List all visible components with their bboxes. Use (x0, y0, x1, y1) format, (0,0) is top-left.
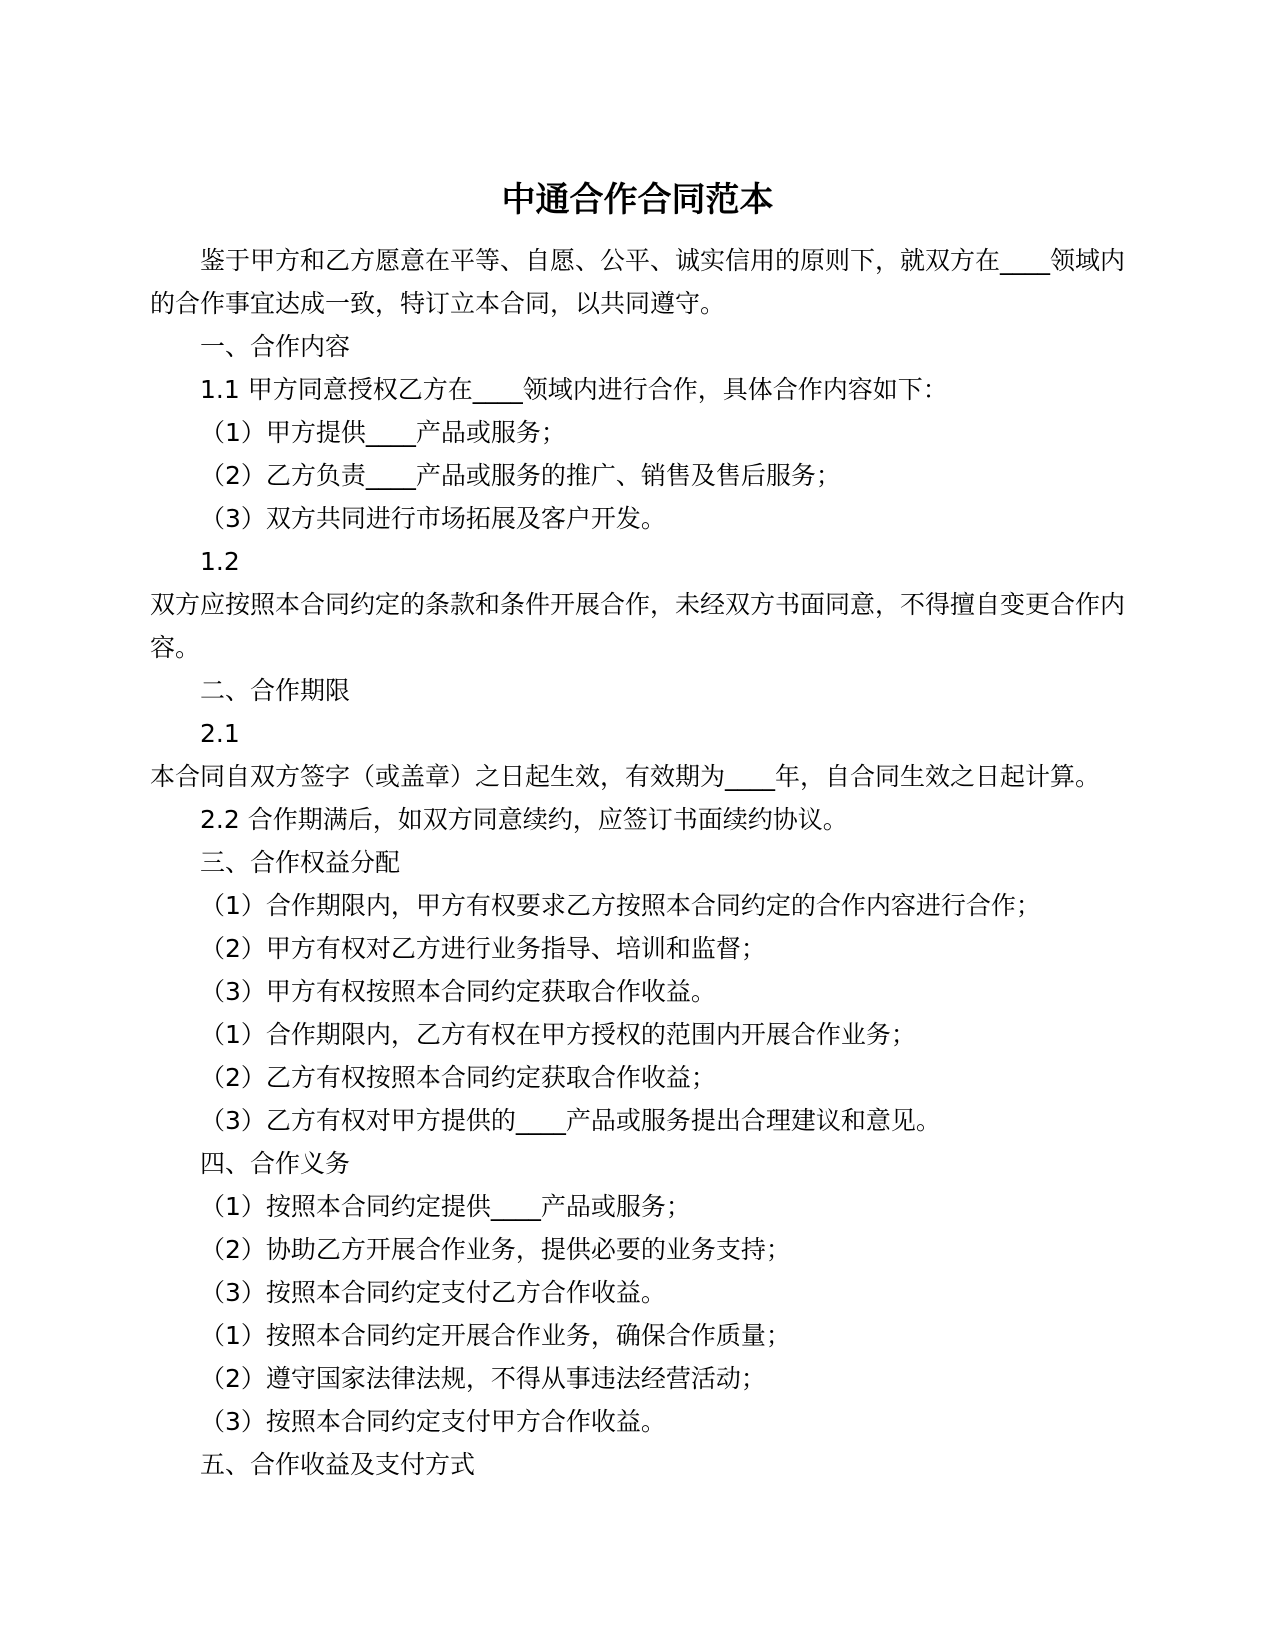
document-line: 五、合作收益及支付方式 (150, 1443, 1125, 1486)
document-line: （3）双方共同进行市场拓展及客户开发。 (150, 497, 1125, 540)
document-line: （3）按照本合同约定支付甲方合作收益。 (150, 1400, 1125, 1443)
document-line: 1.1 甲方同意授权乙方在____领域内进行合作，具体合作内容如下： (150, 368, 1125, 411)
document-line: （2）乙方有权按照本合同约定获取合作收益； (150, 1056, 1125, 1099)
document-line: （3）乙方有权对甲方提供的____产品或服务提出合理建议和意见。 (150, 1099, 1125, 1142)
document-line: （1）合作期限内，乙方有权在甲方授权的范围内开展合作业务； (150, 1013, 1125, 1056)
document-line: 2.1 (150, 712, 1125, 755)
document-line: （1）合作期限内，甲方有权要求乙方按照本合同约定的合作内容进行合作； (150, 884, 1125, 927)
document-title: 中通合作合同范本 (150, 175, 1125, 225)
document-line: 1.2 (150, 540, 1125, 583)
document-line: （2）遵守国家法律法规，不得从事违法经营活动； (150, 1357, 1125, 1400)
document-line: （1）甲方提供____产品或服务； (150, 411, 1125, 454)
document-page: 中通合作合同范本 鉴于甲方和乙方愿意在平等、自愿、公平、诚实信用的原则下，就双方… (0, 0, 1275, 1650)
document-line: （3）甲方有权按照本合同约定获取合作收益。 (150, 970, 1125, 1013)
document-body: 鉴于甲方和乙方愿意在平等、自愿、公平、诚实信用的原则下，就双方在____领域内的… (150, 239, 1125, 1486)
document-line: 一、合作内容 (150, 325, 1125, 368)
document-line: 四、合作义务 (150, 1142, 1125, 1185)
document-line: 双方应按照本合同约定的条款和条件开展合作，未经双方书面同意，不得擅自变更合作内 (150, 583, 1125, 626)
document-line: 本合同自双方签字（或盖章）之日起生效，有效期为____年，自合同生效之日起计算。 (150, 755, 1125, 798)
document-line: 2.2 合作期满后，如双方同意续约，应签订书面续约协议。 (150, 798, 1125, 841)
document-line: 鉴于甲方和乙方愿意在平等、自愿、公平、诚实信用的原则下，就双方在____领域内 (150, 239, 1125, 282)
document-line: 的合作事宜达成一致，特订立本合同，以共同遵守。 (150, 282, 1125, 325)
document-line: 容。 (150, 626, 1125, 669)
document-line: （1）按照本合同约定开展合作业务，确保合作质量； (150, 1314, 1125, 1357)
document-line: （2）协助乙方开展合作业务，提供必要的业务支持； (150, 1228, 1125, 1271)
document-line: （2）甲方有权对乙方进行业务指导、培训和监督； (150, 927, 1125, 970)
document-line: 二、合作期限 (150, 669, 1125, 712)
document-line: （3）按照本合同约定支付乙方合作收益。 (150, 1271, 1125, 1314)
document-line: （1）按照本合同约定提供____产品或服务； (150, 1185, 1125, 1228)
contract-document: 中通合作合同范本 鉴于甲方和乙方愿意在平等、自愿、公平、诚实信用的原则下，就双方… (0, 0, 1275, 1486)
document-line: 三、合作权益分配 (150, 841, 1125, 884)
document-line: （2）乙方负责____产品或服务的推广、销售及售后服务； (150, 454, 1125, 497)
